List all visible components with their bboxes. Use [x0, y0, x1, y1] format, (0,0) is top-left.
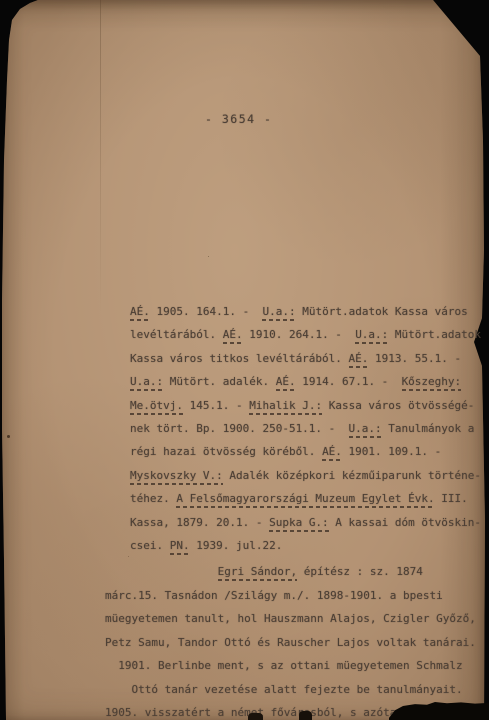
underlined-text: Supka G.:	[269, 516, 329, 532]
typed-line: Kassa város titkos levéltárából. AÉ. 191…	[130, 347, 489, 370]
cutoff-text-mark	[248, 713, 263, 720]
text-segment: Mütört. adalék.	[163, 375, 276, 388]
underlined-text: Mihalik J.:	[249, 399, 322, 415]
text-segment: levéltárából.	[130, 328, 223, 341]
typed-line: Kassa, 1879. 20.1. - Supka G.: A kassai …	[130, 511, 489, 534]
text-segment: Kassa, 1879. 20.1. -	[130, 516, 269, 529]
text-segment: 1939. jul.22.	[190, 539, 283, 552]
underlined-text: AÉ.	[276, 375, 296, 391]
text-segment: régi hazai ötvösség köréből.	[130, 445, 322, 458]
text-segment: csei.	[130, 539, 170, 552]
text-segment: 1901. Berlinbe ment, s az ottani müegyet…	[105, 659, 463, 672]
typed-line: nek tört. Bp. 1900. 250-51.1. - U.a.: Ta…	[130, 417, 489, 440]
typed-line: csei. PN. 1939. jul.22.	[130, 534, 489, 557]
text-segment: A kassai dóm ötvöskin-	[329, 516, 481, 529]
typed-line: régi hazai ötvösség köréből. AÉ. 1901. 1…	[130, 440, 489, 463]
underlined-text: Me.ötvj.	[130, 399, 183, 415]
typed-line: Egri Sándor, építész : sz. 1874	[105, 560, 489, 583]
typed-line: müegyetemen tanult, hol Hauszmann Alajos…	[105, 607, 489, 630]
text-segment: márc.15. Tasnádon /Szilágy m./. 1898-190…	[105, 589, 443, 602]
text-segment: III.	[435, 492, 468, 505]
typed-line: Myskovszky V.: Adalék középkori kézműipa…	[130, 464, 489, 487]
text-segment: 1910. 264.1. -	[243, 328, 356, 341]
paragraph-biography: Egri Sándor, építész : sz. 1874márc.15. …	[105, 560, 489, 720]
typed-line: Ottó tanár vezetése alatt fejezte be tan…	[105, 678, 489, 701]
scanned-page: - 3654 - AÉ. 1905. 164.1. - U.a.: Mütört…	[0, 0, 489, 720]
typed-line: AÉ. 1905. 164.1. - U.a.: Mütört.adatok K…	[130, 300, 489, 323]
underlined-text: AÉ.	[223, 328, 243, 344]
text-segment: építész : sz. 1874	[297, 565, 423, 578]
typed-line: téhez. A Felsőmagyarországi Muzeum Egyle…	[130, 487, 489, 510]
underlined-text: U.a.:	[262, 305, 295, 321]
text-segment: Kassa város ötvösségé-	[322, 399, 474, 412]
text-segment: 1914. 67.1. -	[296, 375, 402, 388]
text-segment: 1905. 164.1. -	[150, 305, 263, 318]
underlined-text: AÉ.	[349, 352, 369, 368]
underlined-text: AÉ.	[322, 445, 342, 461]
text-segment: Adalék középkori kézműiparunk történe-	[223, 469, 481, 482]
text-segment: 1901. 109.1. -	[342, 445, 441, 458]
text-segment: Mütört.adatok Kassa város	[296, 305, 468, 318]
page-number: - 3654 -	[205, 112, 272, 126]
typed-line: U.a.: Mütört. adalék. AÉ. 1914. 67.1. - …	[130, 370, 489, 393]
underlined-text: U.a.:	[355, 328, 388, 344]
underlined-text: Myskovszky V.:	[130, 469, 223, 485]
text-segment: Petz Samu, Tandor Ottó és Rauscher Lajos…	[105, 636, 476, 649]
underlined-text: A Felsőmagyarországi Muzeum Egylet Évk.	[176, 492, 434, 508]
underlined-text: Egri Sándor,	[218, 565, 297, 581]
text-segment: Kassa város titkos levéltárából.	[130, 352, 349, 365]
paragraph-bibliography: AÉ. 1905. 164.1. - U.a.: Mütört.adatok K…	[130, 300, 489, 557]
typed-text: AÉ. 1905. 164.1. - U.a.: Mütört.adatok K…	[0, 300, 489, 720]
typed-line: márc.15. Tasnádon /Szilágy m./. 1898-190…	[105, 584, 489, 607]
text-segment: Mütört.adatok	[388, 328, 481, 341]
paper-crease	[100, 0, 101, 330]
typed-line: Petz Samu, Tandor Ottó és Rauscher Lajos…	[105, 631, 489, 654]
text-segment: Tanulmányok a	[382, 422, 475, 435]
underlined-text: PN.	[170, 539, 190, 555]
underlined-text: AÉ.	[130, 305, 150, 321]
text-segment: 1913. 55.1. -	[368, 352, 461, 365]
underlined-text: Kőszeghy:	[402, 375, 462, 391]
text-segment: müegyetemen tanult, hol Hauszmann Alajos…	[105, 612, 476, 625]
text-segment: 145.1. -	[183, 399, 249, 412]
cutoff-text-mark	[299, 711, 312, 720]
typed-line: 1901. Berlinbe ment, s az ottani müegyet…	[105, 654, 489, 677]
text-segment	[105, 565, 218, 578]
text-segment: Ottó tanár vezetése alatt fejezte be tan…	[105, 683, 463, 696]
underlined-text: U.a.:	[130, 375, 163, 391]
underlined-text: U.a.:	[349, 422, 382, 438]
typed-line: Me.ötvj. 145.1. - Mihalik J.: Kassa váro…	[130, 394, 489, 417]
text-segment: téhez.	[130, 492, 176, 505]
typed-line: levéltárából. AÉ. 1910. 264.1. - U.a.: M…	[130, 323, 489, 346]
text-segment: nek tört. Bp. 1900. 250-51.1. -	[130, 422, 349, 435]
